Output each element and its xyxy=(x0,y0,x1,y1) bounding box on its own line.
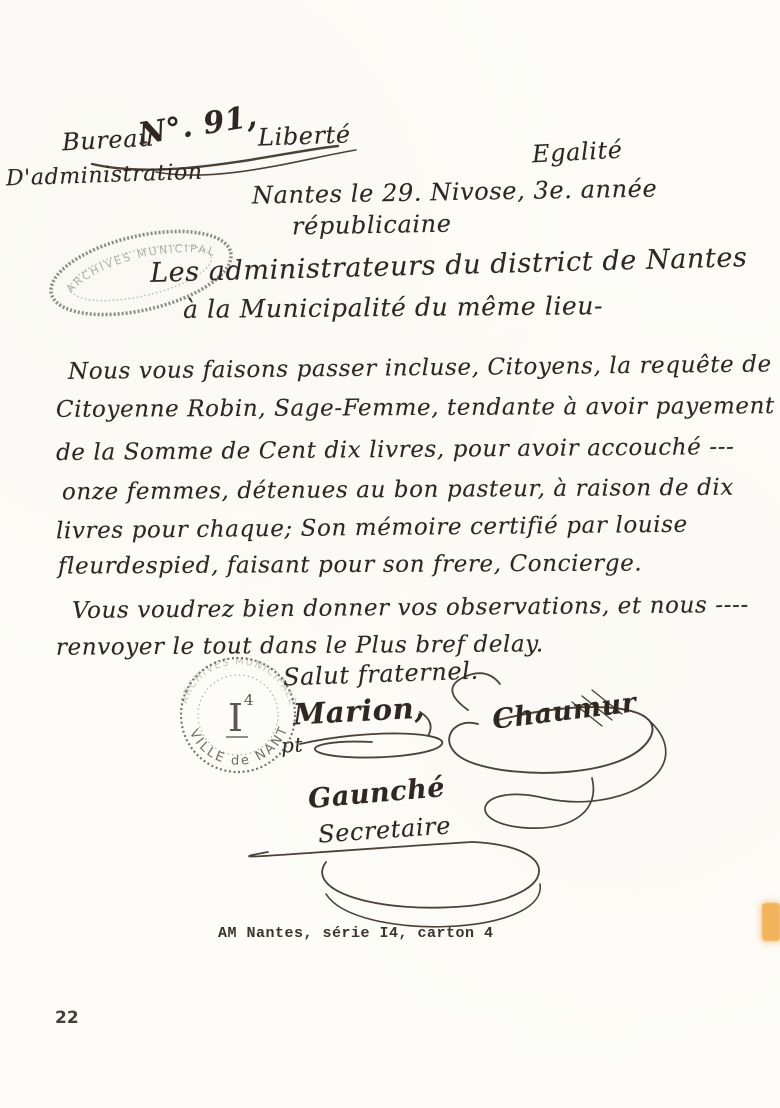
page-number: 22 xyxy=(55,1008,79,1028)
archive-caption: AM Nantes, série I4, carton 4 xyxy=(218,925,494,942)
signature-administrator: Chaumur xyxy=(491,687,639,735)
body-line: Vous voudrez bien donner vos observation… xyxy=(72,592,749,624)
round-stamp-center-sup: 4 xyxy=(244,691,254,709)
document-page: Bureau N°. 91, Liberté Egalité D'adminis… xyxy=(0,0,780,1108)
body-line: livres pour chaque; Son mémoire certifié… xyxy=(56,512,688,545)
dateline: Nantes le 29. Nivose, 3e. année xyxy=(252,174,658,209)
body-line: de la Somme de Cent dix livres, pour avo… xyxy=(56,434,735,466)
scan-artifact-orange-mark xyxy=(762,903,780,941)
body-line: Nous vous faisons passer incluse, Citoye… xyxy=(68,351,780,385)
dateline-year-label: républicaine xyxy=(292,210,452,241)
round-stamp-center-numeral: I xyxy=(228,696,243,740)
motto-liberte: Liberté xyxy=(258,120,352,151)
motto-egalite: Egalité xyxy=(531,136,623,169)
document-number: N°. 91, xyxy=(136,99,260,152)
body-line: Citoyenne Robin, Sage-Femme, tendante à … xyxy=(56,393,775,423)
closing-salutation: Salut fraternel. xyxy=(283,657,480,692)
heading-recipient: à la Municipalité du même lieu- xyxy=(183,291,603,324)
round-archive-stamp-icon: ARCHIVES MUNICIPALES VILLE de NANTES I 4 xyxy=(168,645,308,785)
letter-body: Nous vous faisons passer incluse, Citoye… xyxy=(56,352,746,672)
body-line: onze femmes, détenues au bon pasteur, à … xyxy=(62,475,734,506)
body-line: fleurdespied, faisant pour son frere, Co… xyxy=(58,550,642,579)
bureau-line2: D'administration xyxy=(6,160,203,192)
signature-marion: Marion, xyxy=(292,691,426,732)
signature-secretary: Gaunché xyxy=(307,772,446,815)
signature-secretary-title: Secretaire xyxy=(317,811,452,848)
